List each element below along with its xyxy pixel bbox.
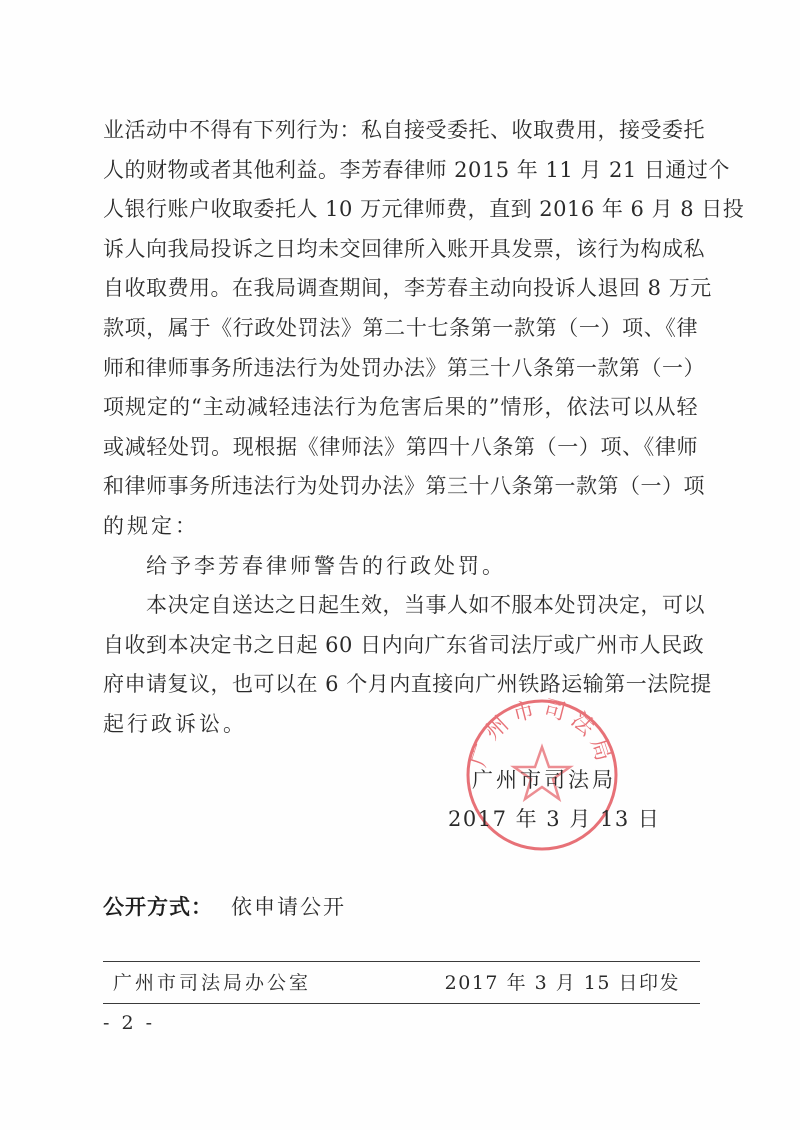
footer-row: 广州市司法局办公室 2017 年 3 月 15 日印发: [103, 968, 700, 998]
body-line: 业活动中不得有下列行为：私自接受委托、收取费用，接受委托: [103, 111, 698, 151]
signature-date: 2017 年 3 月 13 日: [448, 803, 660, 833]
footer-bottom-rule: [103, 1003, 700, 1004]
disclosure-method: 公开方式：依申请公开: [103, 891, 346, 921]
body-line: 或减轻处罚。现根据《律师法》第四十八条第（一）项、《律师: [103, 428, 698, 468]
body-line: 师和律师事务所违法行为处罚办法》第三十八条第一款第（一）: [103, 349, 698, 389]
body-line: 项规定的“主动减轻违法行为危害后果的”情形，依法可以从轻: [103, 388, 698, 428]
document-page: 业活动中不得有下列行为：私自接受委托、收取费用，接受委托 人的财物或者其他利益。…: [0, 0, 800, 1130]
footer-top-rule: [103, 961, 700, 962]
body-line: 和律师事务所违法行为处罚办法》第三十八条第一款第（一）项: [103, 467, 698, 507]
body-line: 人银行账户收取委托人 10 万元律师费，直到 2016 年 6 月 8 日投: [103, 190, 698, 230]
document-body: 业活动中不得有下列行为：私自接受委托、收取费用，接受委托 人的财物或者其他利益。…: [103, 111, 698, 745]
penalty-decision-line: 给予李芳春律师警告的行政处罚。: [103, 547, 698, 587]
body-line: 款项，属于《行政处罚法》第二十七条第一款第（一）项、《律: [103, 309, 698, 349]
issue-date: 2017 年 3 月 15 日印发: [445, 968, 680, 998]
disclosure-label: 公开方式：: [103, 895, 213, 919]
body-line: 的规定：: [103, 507, 698, 547]
page-number: - 2 -: [103, 1012, 155, 1034]
body-line: 自收取费用。在我局调查期间，李芳春主动向投诉人退回 8 万元: [103, 269, 698, 309]
svg-text:广州市司法局: 广州市司法局: [466, 696, 617, 770]
disclosure-value: 依申请公开: [231, 895, 346, 919]
body-line: 自收到本决定书之日起 60 日内向广东省司法厅或广州市人民政: [103, 626, 698, 666]
body-line: 人的财物或者其他利益。李芳春律师 2015 年 11 月 21 日通过个: [103, 151, 698, 191]
body-line: 本决定自送达之日起生效，当事人如不服本处罚决定，可以: [103, 586, 698, 626]
signature-organization: 广州市司法局: [472, 764, 616, 794]
body-line: 诉人向我局投诉之日均未交回律所入账开具发票，该行为构成私: [103, 230, 698, 270]
issuing-office: 广州市司法局办公室: [113, 968, 311, 998]
